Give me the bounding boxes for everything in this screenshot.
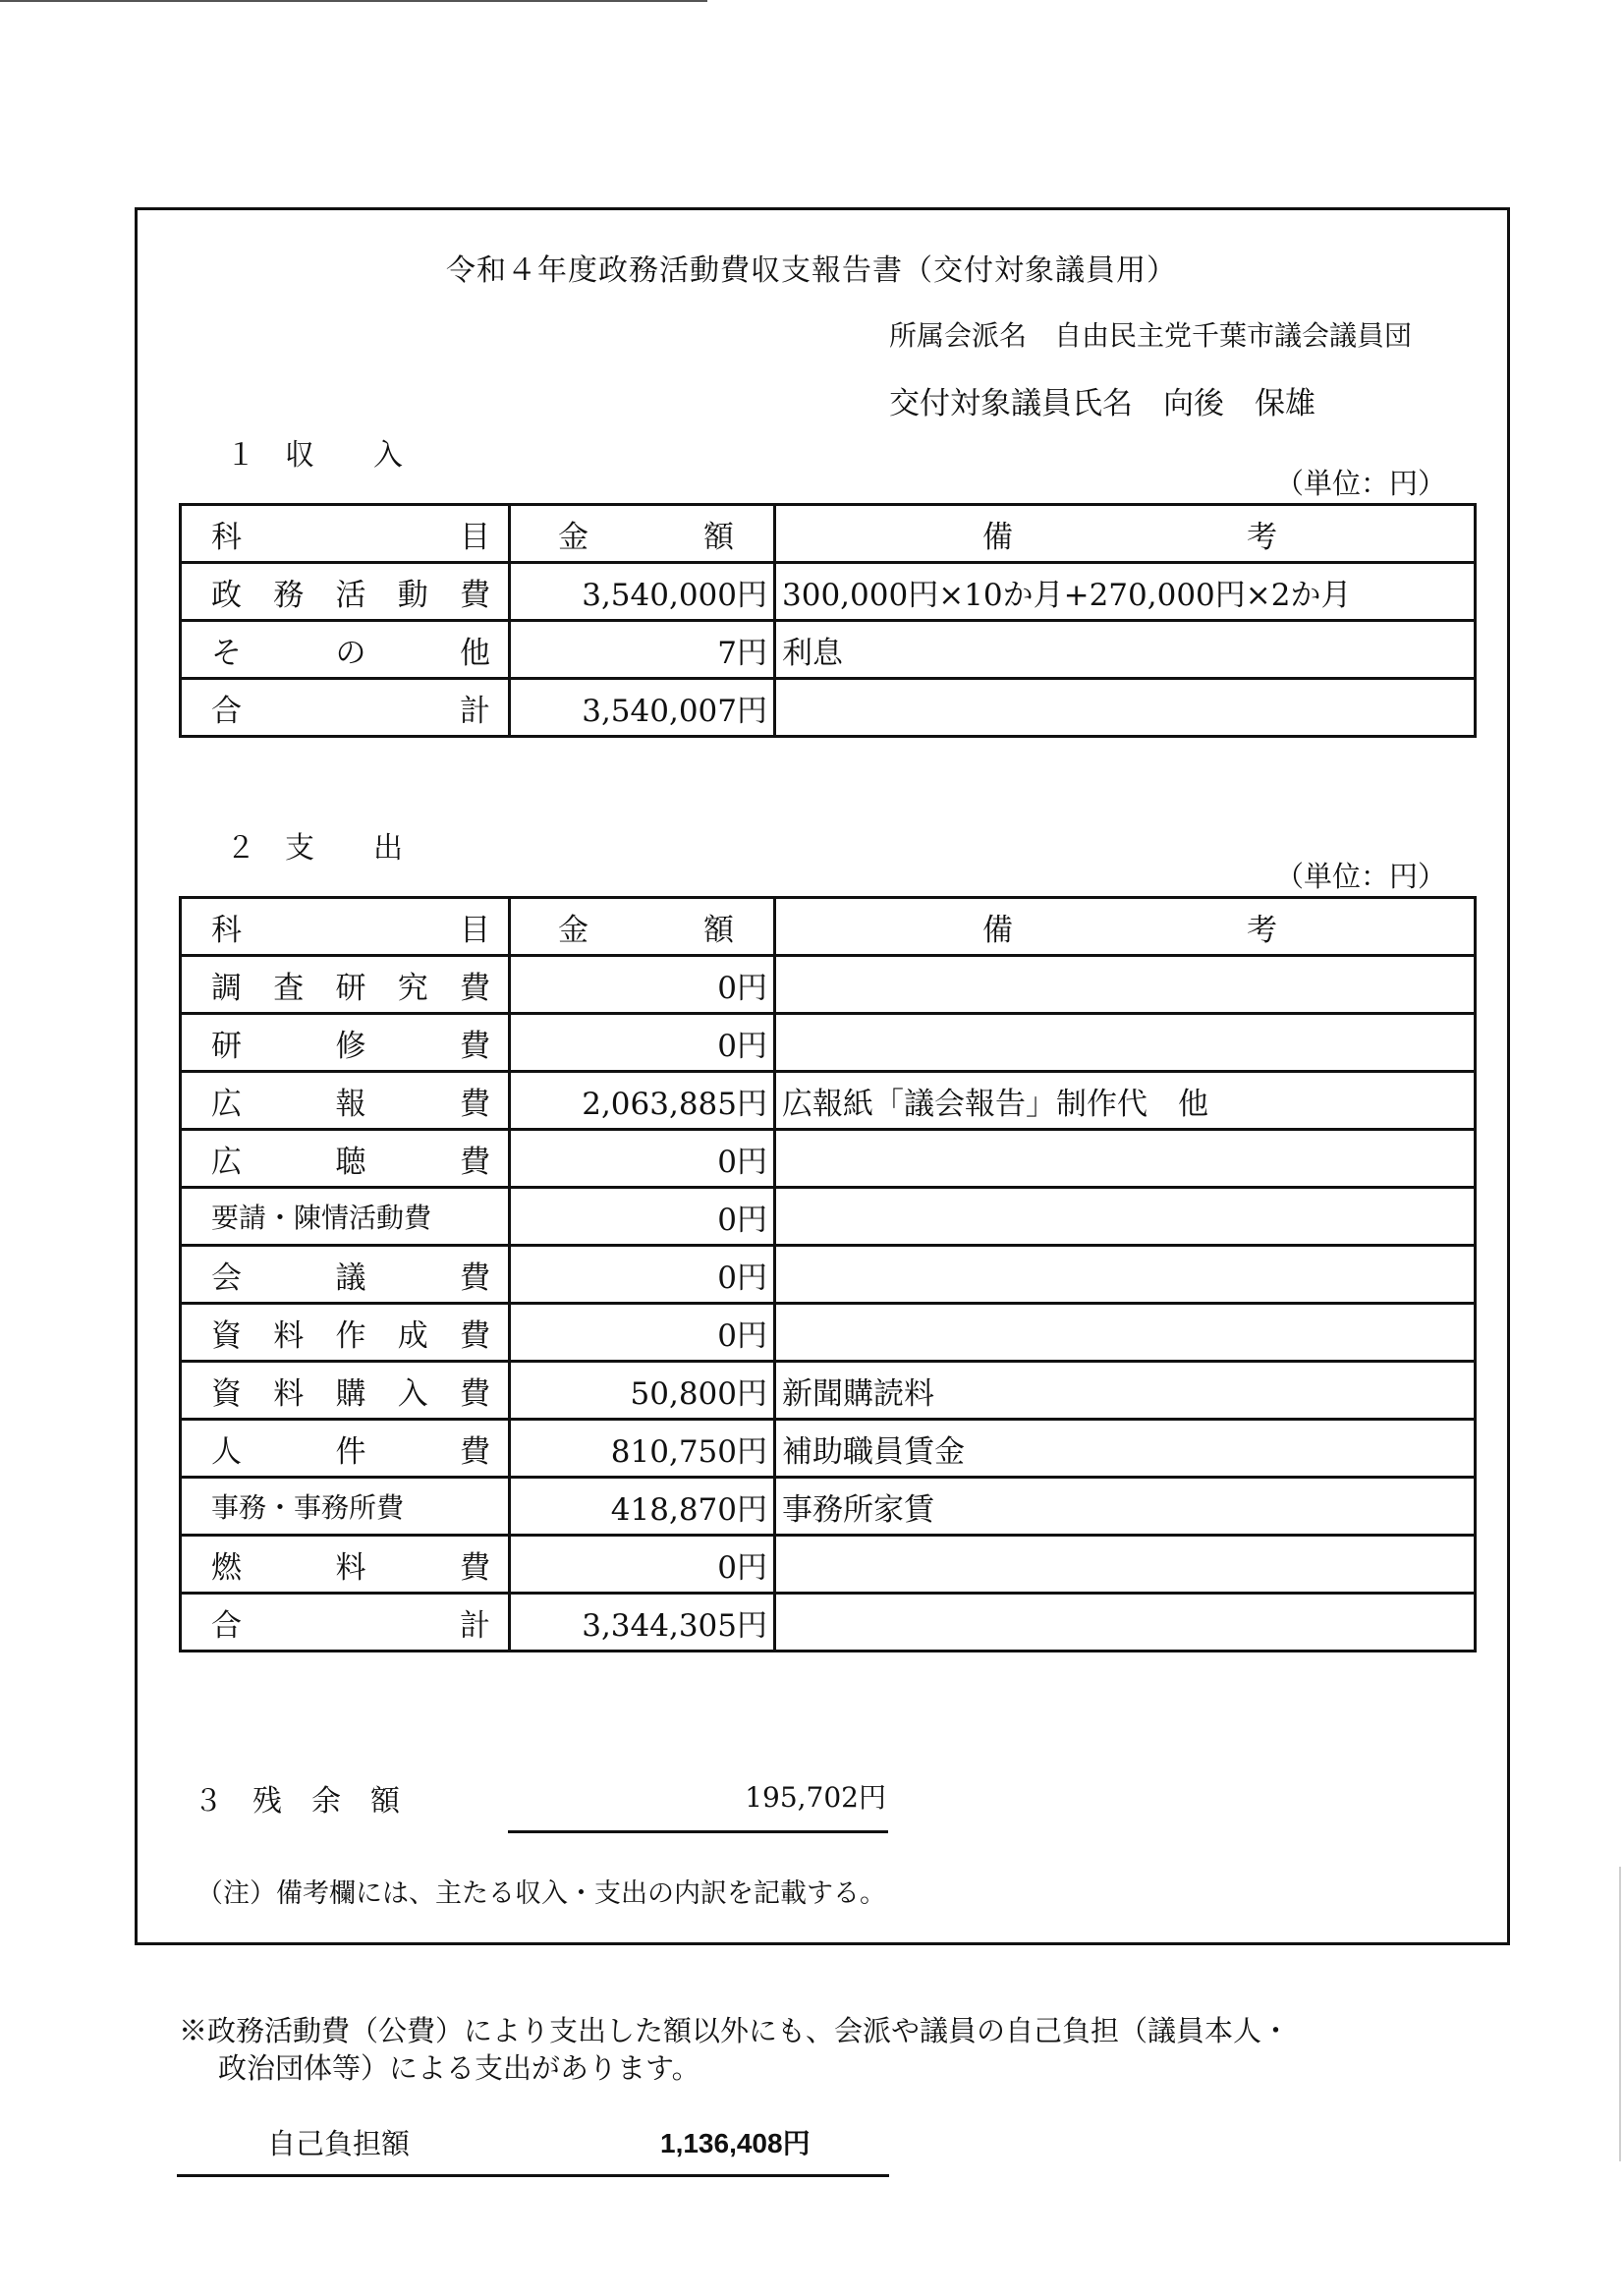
row-item: 調査研究費 — [181, 956, 510, 1014]
scan-top-edge-line — [0, 0, 707, 2]
table-row: 要請・陳情活動費0円 — [181, 1188, 1476, 1246]
income-heading: １ 収 入 — [226, 430, 403, 474]
row-item: 人件費 — [181, 1420, 510, 1478]
document-title: 令和４年度政務活動費収支報告書（交付対象議員用） — [0, 246, 1623, 289]
member-name: 向後 保雄 — [1163, 386, 1315, 421]
disclaimer-line-1: ※政務活動費（公費）により支出した額以外にも、会派や議員の自己負担（議員本人・ — [179, 2014, 1290, 2047]
table-row: 合計3,540,007円 — [181, 679, 1476, 737]
header-amount: 金額 — [510, 898, 775, 956]
row-note: 新聞購読料 — [775, 1362, 1476, 1420]
row-item: 資料購入費 — [181, 1362, 510, 1420]
row-note: 広報紙「議会報告」制作代 他 — [775, 1072, 1476, 1130]
row-note: 利息 — [775, 621, 1476, 679]
table-row: 会議費0円 — [181, 1246, 1476, 1304]
header-amount: 金額 — [510, 505, 775, 563]
header-item: 科目 — [181, 505, 510, 563]
row-item: 要請・陳情活動費 — [181, 1188, 510, 1246]
balance-value: 195,702円 — [508, 1776, 887, 1816]
table-row: 研修費0円 — [181, 1014, 1476, 1072]
table-header-row: 科目金額備考 — [181, 898, 1476, 956]
self-burden-value: 1,136,408円 — [660, 2122, 811, 2161]
row-amount: 0円 — [510, 1188, 775, 1246]
header-item: 科目 — [181, 898, 510, 956]
row-item: 資料作成費 — [181, 1304, 510, 1362]
row-amount: 0円 — [510, 1014, 775, 1072]
row-note: 補助職員賃金 — [775, 1420, 1476, 1478]
row-note — [775, 679, 1476, 737]
table-row: 政務活動費3,540,000円300,000円×10か月+270,000円×2か… — [181, 563, 1476, 621]
balance-underline — [508, 1830, 888, 1833]
expense-table: 科目金額備考調査研究費0円研修費0円広報費2,063,885円広報紙「議会報告」… — [179, 896, 1477, 1652]
table-row: 事務・事務所費418,870円事務所家賃 — [181, 1478, 1476, 1536]
row-note — [775, 1014, 1476, 1072]
income-unit-label: （単位：円） — [1275, 462, 1446, 502]
table-row: その他7円利息 — [181, 621, 1476, 679]
row-note — [775, 1246, 1476, 1304]
row-item: 事務・事務所費 — [181, 1478, 510, 1536]
table-row: 燃料費0円 — [181, 1536, 1476, 1594]
row-note — [775, 956, 1476, 1014]
row-amount: 0円 — [510, 1130, 775, 1188]
row-item: 合計 — [181, 1594, 510, 1652]
footnote: （注）備考欄には、主たる収入・支出の内訳を記載する。 — [196, 1872, 886, 1910]
row-amount: 50,800円 — [510, 1362, 775, 1420]
row-note: 事務所家賃 — [775, 1478, 1476, 1536]
row-amount: 0円 — [510, 956, 775, 1014]
member-row: 交付対象議員氏名 向後 保雄 — [889, 378, 1315, 422]
table-row: 広報費2,063,885円広報紙「議会報告」制作代 他 — [181, 1072, 1476, 1130]
header-note: 備考 — [775, 898, 1476, 956]
row-amount: 0円 — [510, 1304, 775, 1362]
row-amount: 0円 — [510, 1246, 775, 1304]
row-item: 会議費 — [181, 1246, 510, 1304]
disclaimer: ※政務活動費（公費）により支出した額以外にも、会派や議員の自己負担（議員本人・ … — [179, 2012, 1495, 2087]
row-item: その他 — [181, 621, 510, 679]
row-item: 研修費 — [181, 1014, 510, 1072]
balance-label: ３ 残 余 額 — [194, 1776, 400, 1820]
header-note: 備考 — [775, 505, 1476, 563]
table-row: 合計3,344,305円 — [181, 1594, 1476, 1652]
income-table: 科目金額備考政務活動費3,540,000円300,000円×10か月+270,0… — [179, 503, 1477, 738]
row-note — [775, 1188, 1476, 1246]
row-amount: 418,870円 — [510, 1478, 775, 1536]
row-amount: 810,750円 — [510, 1420, 775, 1478]
table-row: 調査研究費0円 — [181, 956, 1476, 1014]
row-item: 広報費 — [181, 1072, 510, 1130]
row-amount: 7円 — [510, 621, 775, 679]
row-amount: 0円 — [510, 1536, 775, 1594]
member-label: 交付対象議員氏名 — [889, 386, 1133, 421]
balance-amount: 195,702円 — [745, 1781, 887, 1814]
row-amount: 3,344,305円 — [510, 1594, 775, 1652]
expense-heading: ２ 支 出 — [226, 823, 403, 867]
row-note — [775, 1536, 1476, 1594]
table-row: 資料購入費50,800円新聞購読料 — [181, 1362, 1476, 1420]
row-amount: 3,540,007円 — [510, 679, 775, 737]
scan-edge-artifact — [1619, 1867, 1621, 2161]
self-burden-underline — [177, 2174, 889, 2177]
row-item: 広聴費 — [181, 1130, 510, 1188]
row-note: 300,000円×10か月+270,000円×2か月 — [775, 563, 1476, 621]
table-row: 資料作成費0円 — [181, 1304, 1476, 1362]
table-row: 人件費810,750円補助職員賃金 — [181, 1420, 1476, 1478]
table-row: 広聴費0円 — [181, 1130, 1476, 1188]
self-burden-label: 自己負担額 — [267, 2122, 410, 2162]
row-item: 政務活動費 — [181, 563, 510, 621]
faction-row: 所属会派名 自由民主党千葉市議会議員団 — [889, 314, 1412, 354]
table-header-row: 科目金額備考 — [181, 505, 1476, 563]
expense-unit-label: （単位：円） — [1275, 855, 1446, 895]
row-note — [775, 1130, 1476, 1188]
row-amount: 3,540,000円 — [510, 563, 775, 621]
row-note — [775, 1594, 1476, 1652]
row-amount: 2,063,885円 — [510, 1072, 775, 1130]
row-item: 燃料費 — [181, 1536, 510, 1594]
row-note — [775, 1304, 1476, 1362]
disclaimer-line-2: 政治団体等）による支出があります。 — [179, 2049, 1495, 2087]
faction-label: 所属会派名 — [889, 319, 1027, 352]
row-item: 合計 — [181, 679, 510, 737]
faction-name: 自由民主党千葉市議会議員団 — [1054, 319, 1412, 352]
